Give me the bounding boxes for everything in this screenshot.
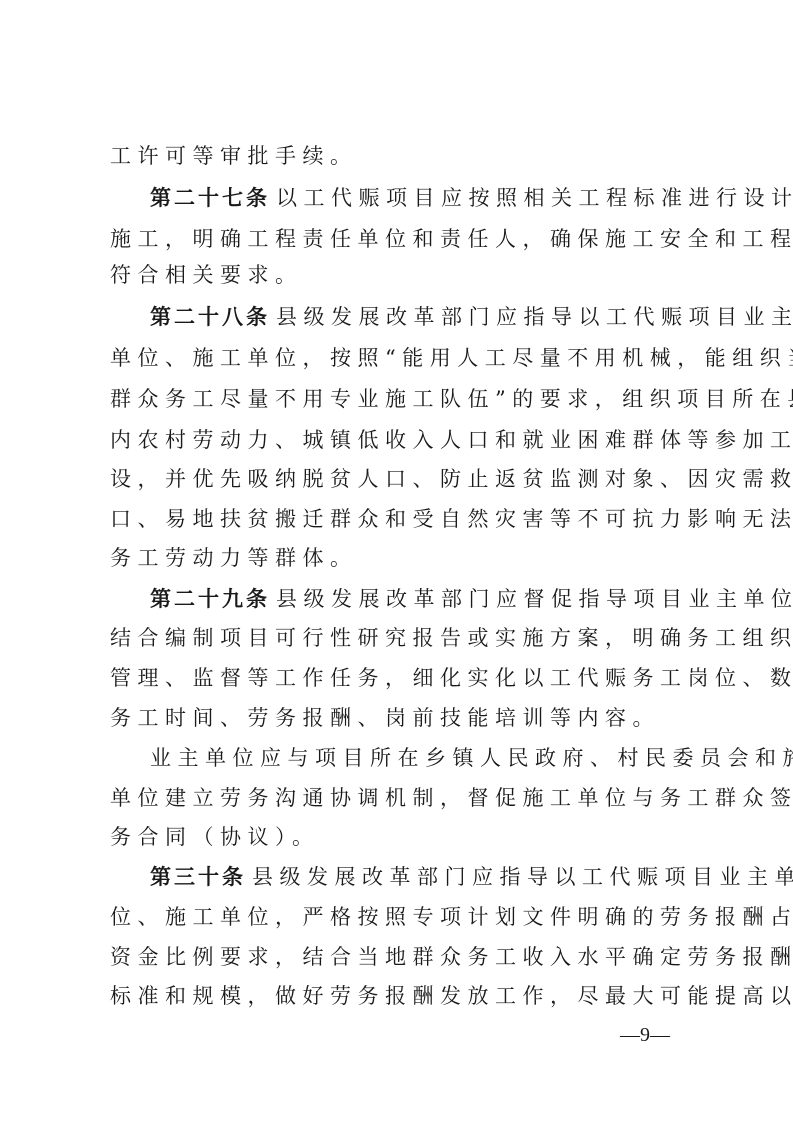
line-text: 单位、施工单位，按照“能用人工尽量不用机械，能组织当地 [110, 346, 793, 370]
line-text: 务合同（协议）。 [110, 825, 320, 849]
text-line: 管理、监督等工作任务，细化实化以工代赈务工岗位、数量及 [110, 663, 793, 693]
text-line: 务合同（协议）。 [110, 822, 320, 852]
line-text: 以工代赈项目应按照相关工程标准进行设计、 [276, 186, 793, 210]
text-line: 第三十条县级发展改革部门应指导以工代赈项目业主单 [150, 862, 793, 892]
line-text: 标准和规模，做好劳务报酬发放工作，尽最大可能提高以工代 [110, 984, 793, 1008]
line-text: 工许可等审批手续。 [110, 144, 358, 168]
page-number: —9— [620, 1020, 670, 1050]
line-text: 业主单位应与项目所在乡镇人民政府、村民委员会和施工 [150, 746, 793, 770]
text-line: 工许可等审批手续。 [110, 141, 358, 171]
text-line: 施工，明确工程责任单位和责任人，确保施工安全和工程质量 [110, 224, 793, 254]
document-page: 工许可等审批手续。 第二十七条以工代赈项目应按照相关工程标准进行设计、 施工，明… [0, 0, 793, 1122]
text-line: 设，并优先吸纳脱贫人口、防止返贫监测对象、因灾需救助人 [110, 464, 793, 494]
line-text: 群众务工尽量不用专业施工队伍”的要求，组织项目所在县域 [110, 387, 793, 411]
text-line: 第二十九条县级发展改革部门应督促指导项目业主单位， [150, 584, 793, 614]
line-text: 口、易地扶贫搬迁群众和受自然灾害等不可抗力影响无法外出 [110, 507, 793, 531]
text-line: 群众务工尽量不用专业施工队伍”的要求，组织项目所在县域 [110, 384, 793, 414]
text-line: 符合相关要求。 [110, 260, 303, 290]
text-line: 第二十七条以工代赈项目应按照相关工程标准进行设计、 [150, 183, 793, 213]
line-text: 务工时间、劳务报酬、岗前技能培训等内容。 [110, 706, 660, 730]
text-line: 口、易地扶贫搬迁群众和受自然灾害等不可抗力影响无法外出 [110, 504, 793, 534]
line-text: 设，并优先吸纳脱贫人口、防止返贫监测对象、因灾需救助人 [110, 467, 793, 491]
line-text: 结合编制项目可行性研究报告或实施方案，明确务工组织领导、 [110, 626, 793, 650]
text-line: 结合编制项目可行性研究报告或实施方案，明确务工组织领导、 [110, 623, 793, 653]
line-text: 县级发展改革部门应督促指导项目业主单位， [276, 587, 793, 611]
text-line: 单位建立劳务沟通协调机制，督促施工单位与务工群众签订劳 [110, 783, 793, 813]
text-line: 务工时间、劳务报酬、岗前技能培训等内容。 [110, 703, 660, 733]
text-line: 内农村劳动力、城镇低收入人口和就业困难群体等参加工程建 [110, 425, 793, 455]
text-line: 位、施工单位，严格按照专项计划文件明确的劳务报酬占中央 [110, 902, 793, 932]
text-line: 第二十八条县级发展改革部门应指导以工代赈项目业主 [150, 302, 793, 332]
article-heading: 第二十八条 [150, 305, 270, 329]
line-text: 资金比例要求，结合当地群众务工收入水平确定劳务报酬发放 [110, 945, 793, 969]
text-line: 单位、施工单位，按照“能用人工尽量不用机械，能组织当地 [110, 343, 793, 373]
line-text: 单位建立劳务沟通协调机制，督促施工单位与务工群众签订劳 [110, 786, 793, 810]
article-heading: 第三十条 [150, 865, 246, 889]
text-line: 务工劳动力等群体。 [110, 543, 358, 573]
line-text: 符合相关要求。 [110, 263, 303, 287]
line-text: 县级发展改革部门应指导以工代赈项目业主单 [252, 865, 793, 889]
line-text: 施工，明确工程责任单位和责任人，确保施工安全和工程质量 [110, 227, 793, 251]
line-text: 内农村劳动力、城镇低收入人口和就业困难群体等参加工程建 [110, 428, 793, 452]
text-line: 标准和规模，做好劳务报酬发放工作，尽最大可能提高以工代 [110, 981, 793, 1011]
line-text: 位、施工单位，严格按照专项计划文件明确的劳务报酬占中央 [110, 905, 793, 929]
line-text: 管理、监督等工作任务，细化实化以工代赈务工岗位、数量及 [110, 666, 793, 690]
text-line: 业主单位应与项目所在乡镇人民政府、村民委员会和施工 [150, 743, 793, 773]
line-text: 县级发展改革部门应指导以工代赈项目业主 [276, 305, 793, 329]
article-heading: 第二十九条 [150, 587, 270, 611]
text-line: 资金比例要求，结合当地群众务工收入水平确定劳务报酬发放 [110, 942, 793, 972]
line-text: 务工劳动力等群体。 [110, 546, 358, 570]
article-heading: 第二十七条 [150, 186, 270, 210]
